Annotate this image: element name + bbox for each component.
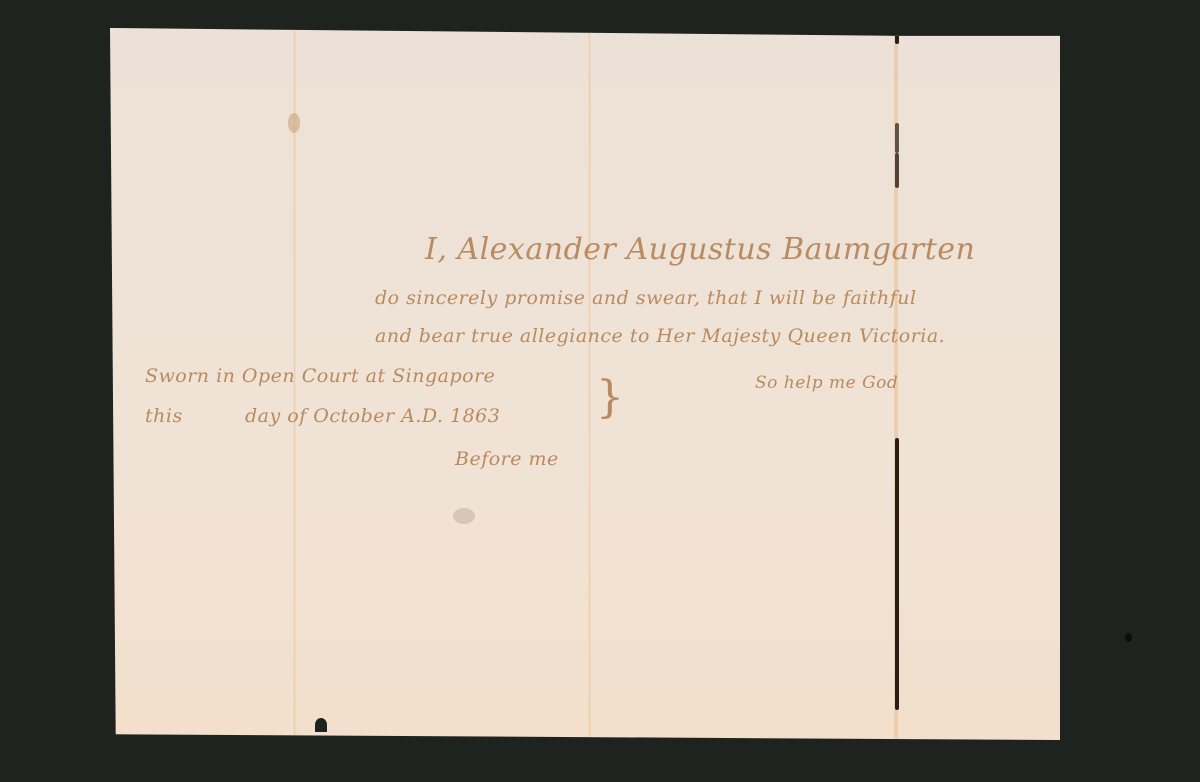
- fold-crease: [588, 28, 591, 740]
- tear-mark: [895, 30, 899, 44]
- tear-mark: [895, 123, 899, 153]
- oath-text-line-2: and bear true allegiance to Her Majesty …: [375, 325, 945, 347]
- attestation-before-me: Before me: [455, 448, 559, 470]
- attestation-date: day of October A.D. 1863: [245, 405, 500, 427]
- oath-name-line: I, Alexander Augustus Baumgarten: [425, 232, 975, 267]
- attestation-line-1: Sworn in Open Court at Singapore: [145, 365, 495, 387]
- oath-closing: So help me God: [755, 373, 898, 393]
- attestation-brace: }: [596, 372, 625, 423]
- oath-text-line-1: do sincerely promise and swear, that I w…: [375, 287, 917, 309]
- stain: [288, 113, 300, 133]
- background-speck: [1125, 633, 1132, 642]
- attestation-this: this: [145, 405, 183, 427]
- stain: [453, 508, 475, 524]
- tear-mark: [895, 438, 899, 710]
- tear-mark: [895, 153, 899, 188]
- paper-damage: [315, 718, 327, 732]
